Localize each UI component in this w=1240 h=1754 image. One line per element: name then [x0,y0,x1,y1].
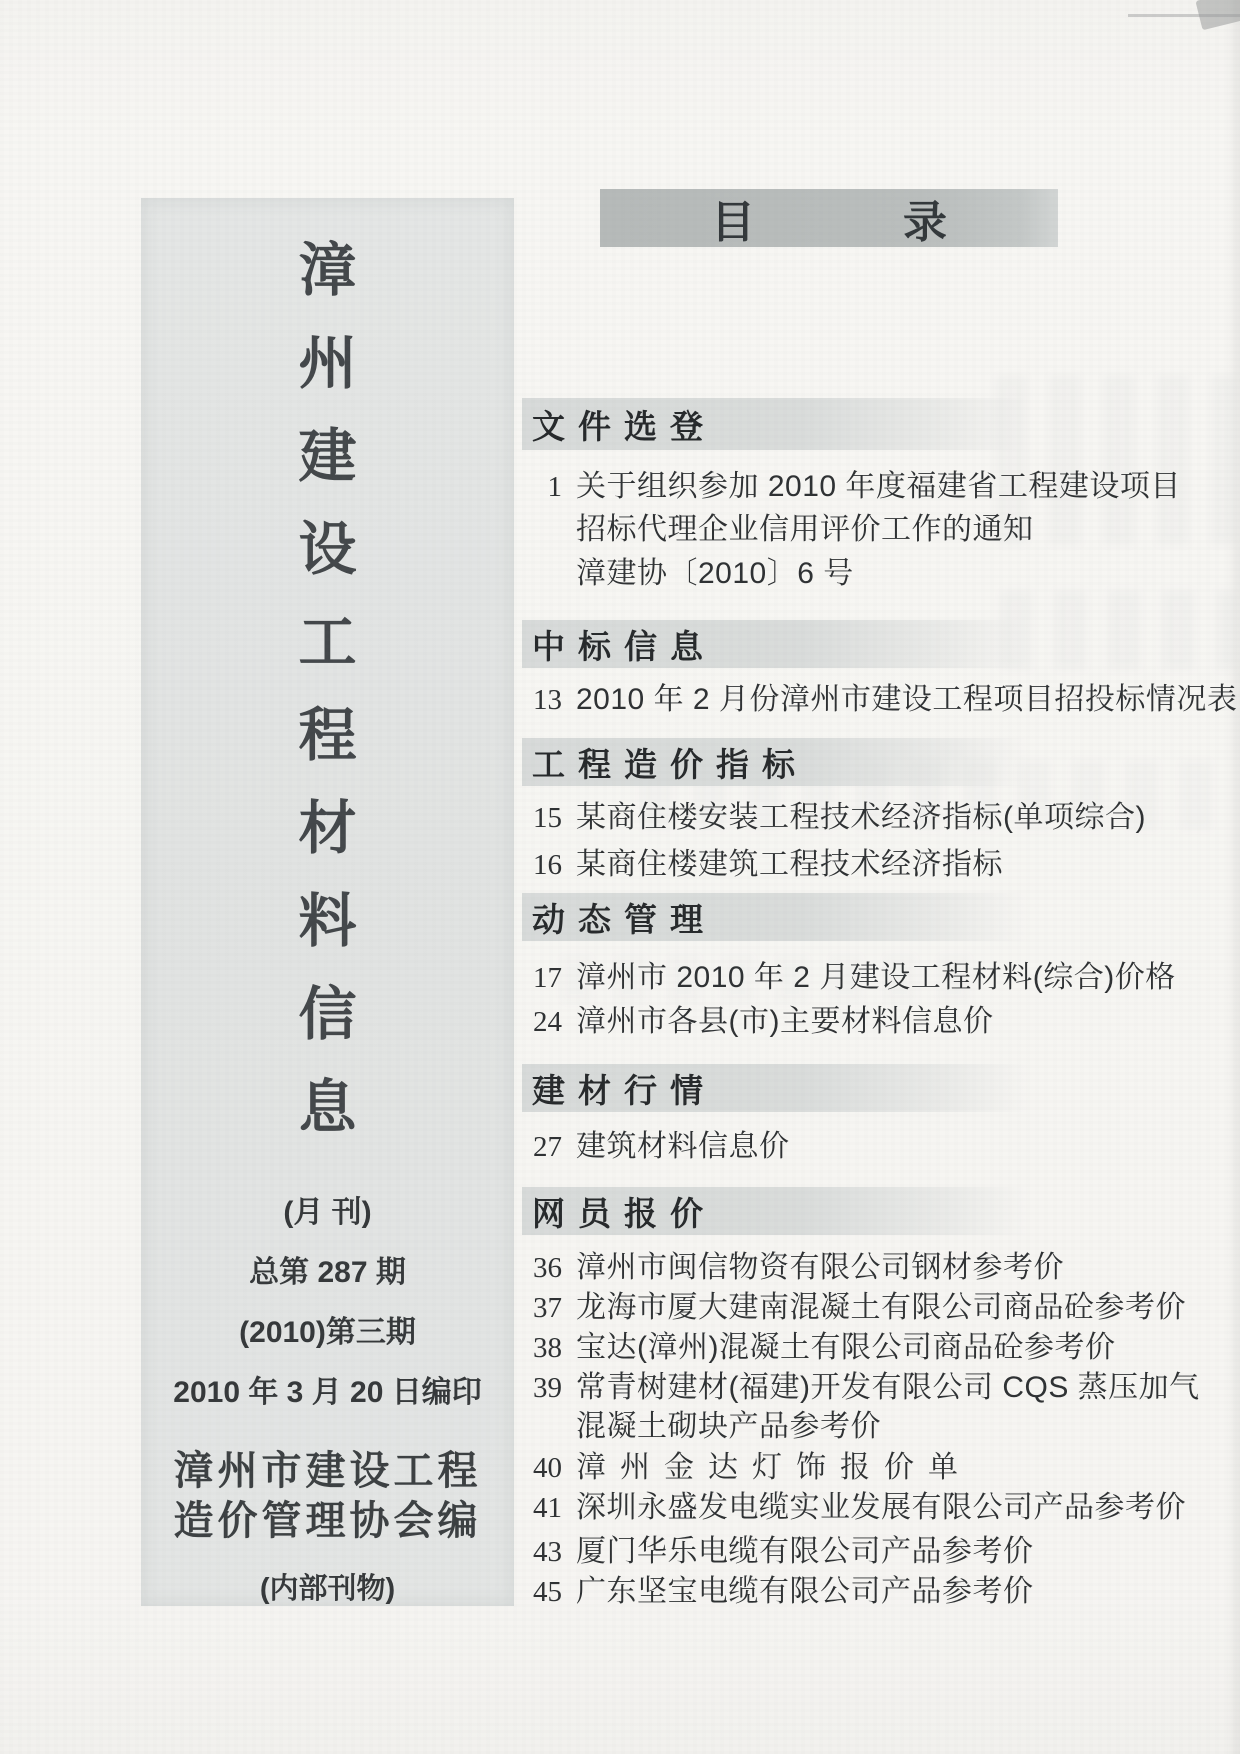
toc-entry: 16 某商住楼建筑工程技术经济指标 [518,848,1003,882]
toc-page-number: 15 [518,801,562,835]
journal-title-char: 工 [141,596,514,689]
toc-page-number: 41 [518,1491,562,1525]
toc-entry-continuation: 漳建协〔2010〕6 号 [518,557,854,591]
journal-title-char: 料 [141,875,514,968]
toc-section-title: 动态管理 [522,893,1028,941]
toc-entry: 43 厦门华乐电缆有限公司产品参考价 [518,1535,1034,1569]
publisher-line: 漳州市建设工程 [141,1446,514,1496]
journal-title-char: 设 [141,503,514,596]
toc-entry-title: 漳州市闽信物资有限公司钢材参考价 [576,1251,1064,1285]
toc-section-title: 工程造价指标 [522,738,1028,786]
toc-entry: 39 常青树建材(福建)开发有限公司 CQS 蒸压加气 [518,1371,1200,1405]
journal-title-char: 息 [141,1061,514,1154]
toc-entry-title: 广东坚宝电缆有限公司产品参考价 [576,1575,1034,1609]
toc-page-number: 24 [518,1005,562,1039]
issue-print-date: 2010 年 3 月 20 日编印 [141,1363,514,1423]
toc-entry: 24 漳州市各县(市)主要材料信息价 [518,1005,993,1039]
toc-entry-title: 漳州市 2010 年 2 月建设工程材料(综合)价格 [576,961,1176,995]
toc-header: 目 录 [600,189,1058,247]
toc-entry-title: 常青树建材(福建)开发有限公司 CQS 蒸压加气 [576,1371,1200,1405]
toc-entry: 40 漳州金达灯饰报价单 [518,1451,972,1485]
toc-section-title: 文件选登 [522,398,1028,450]
publisher-line: 造价管理协会编 [141,1496,514,1546]
toc-page-number: 16 [518,848,562,882]
bleed-through-ghost [1000,590,1235,670]
toc-header-char: 录 [903,186,947,250]
journal-title-char: 州 [141,317,514,410]
toc-page-number: 38 [518,1331,562,1365]
toc-page-number: 43 [518,1535,562,1569]
publisher: 漳州市建设工程 造价管理协会编 [141,1446,514,1546]
toc-entry: 17 漳州市 2010 年 2 月建设工程材料(综合)价格 [518,961,1176,995]
journal-title-char: 程 [141,689,514,782]
toc-entry-title: 漳建协〔2010〕6 号 [576,557,854,591]
toc-entry: 15 某商住楼安装工程技术经济指标(单项综合) [518,801,1146,835]
toc-entry-title: 漳州市各县(市)主要材料信息价 [576,1005,993,1039]
issue-number: (2010)第三期 [141,1303,514,1363]
toc-page-number: 1 [518,470,562,504]
toc-entry-title: 龙海市厦大建南混凝土有限公司商品砼参考价 [576,1291,1186,1325]
journal-title-char: 建 [141,410,514,503]
toc-entry: 1 关于组织参加 2010 年度福建省工程建设项目 [518,470,1181,504]
toc-entry-continuation: 混凝土砌块产品参考价 [518,1410,881,1444]
toc-page-number: 40 [518,1451,562,1485]
journal-title-vertical: 漳 州 建 设 工 程 材 料 信 息 [141,224,514,1154]
toc-page-number: 37 [518,1291,562,1325]
toc-entry-continuation: 招标代理企业信用评价工作的通知 [518,513,1034,547]
toc-section-title: 建材行情 [522,1064,1028,1112]
toc-entry-title: 宝达(漳州)混凝土有限公司商品砼参考价 [576,1331,1115,1365]
toc-entry: 41 深圳永盛发电缆实业发展有限公司产品参考价 [518,1491,1186,1525]
journal-title-char: 信 [141,968,514,1061]
toc-section-title: 网员报价 [522,1187,1028,1235]
issue-cumulative-number: 总第 287 期 [141,1243,514,1303]
toc-entry-title: 建筑材料信息价 [576,1130,790,1164]
toc-entry-title: 厦门华乐电缆有限公司产品参考价 [576,1535,1034,1569]
toc-entry: 36 漳州市闽信物资有限公司钢材参考价 [518,1251,1064,1285]
toc-page-number: 36 [518,1251,562,1285]
toc-page-number: 45 [518,1575,562,1609]
internal-publication-note: (内部刊物) [141,1566,514,1607]
toc-entry: 37 龙海市厦大建南混凝土有限公司商品砼参考价 [518,1291,1186,1325]
toc-entry-title: 招标代理企业信用评价工作的通知 [576,513,1034,547]
toc-entry: 38 宝达(漳州)混凝土有限公司商品砼参考价 [518,1331,1115,1365]
journal-title-char: 漳 [141,224,514,317]
toc-page-number: 17 [518,961,562,995]
toc-page-number: 27 [518,1130,562,1164]
toc-entry-title: 某商住楼建筑工程技术经济指标 [576,848,1003,882]
toc-entry-title: 某商住楼安装工程技术经济指标(单项综合) [576,801,1146,835]
toc-header-char: 目 [711,186,755,250]
journal-title-char: 材 [141,782,514,875]
toc-page-number: 39 [518,1371,562,1405]
issue-info: (月 刊) 总第 287 期 (2010)第三期 2010 年 3 月 20 日… [141,1183,514,1423]
toc-entry: 27 建筑材料信息价 [518,1130,790,1164]
toc-section-title: 中标信息 [522,620,1028,668]
toc-entry-title: 2010 年 2 月份漳州市建设工程项目招投标情况表 [576,683,1237,717]
scanned-journal-toc-page: 漳 州 建 设 工 程 材 料 信 息 (月 刊) 总第 287 期 (2010… [0,0,1240,1754]
toc-entry-title: 关于组织参加 2010 年度福建省工程建设项目 [576,470,1181,504]
toc-entry: 13 2010 年 2 月份漳州市建设工程项目招投标情况表 [518,683,1237,717]
toc-entry-title: 混凝土砌块产品参考价 [576,1410,881,1444]
journal-cover-strip: 漳 州 建 设 工 程 材 料 信 息 (月 刊) 总第 287 期 (2010… [141,198,514,1606]
toc-entry-title: 深圳永盛发电缆实业发展有限公司产品参考价 [576,1491,1186,1525]
page-edge-shadow [1226,0,1240,1754]
toc-entry: 45 广东坚宝电缆有限公司产品参考价 [518,1575,1034,1609]
issue-frequency: (月 刊) [141,1183,514,1243]
toc-page-number: 13 [518,683,562,717]
toc-entry-title: 漳州金达灯饰报价单 [576,1451,972,1485]
